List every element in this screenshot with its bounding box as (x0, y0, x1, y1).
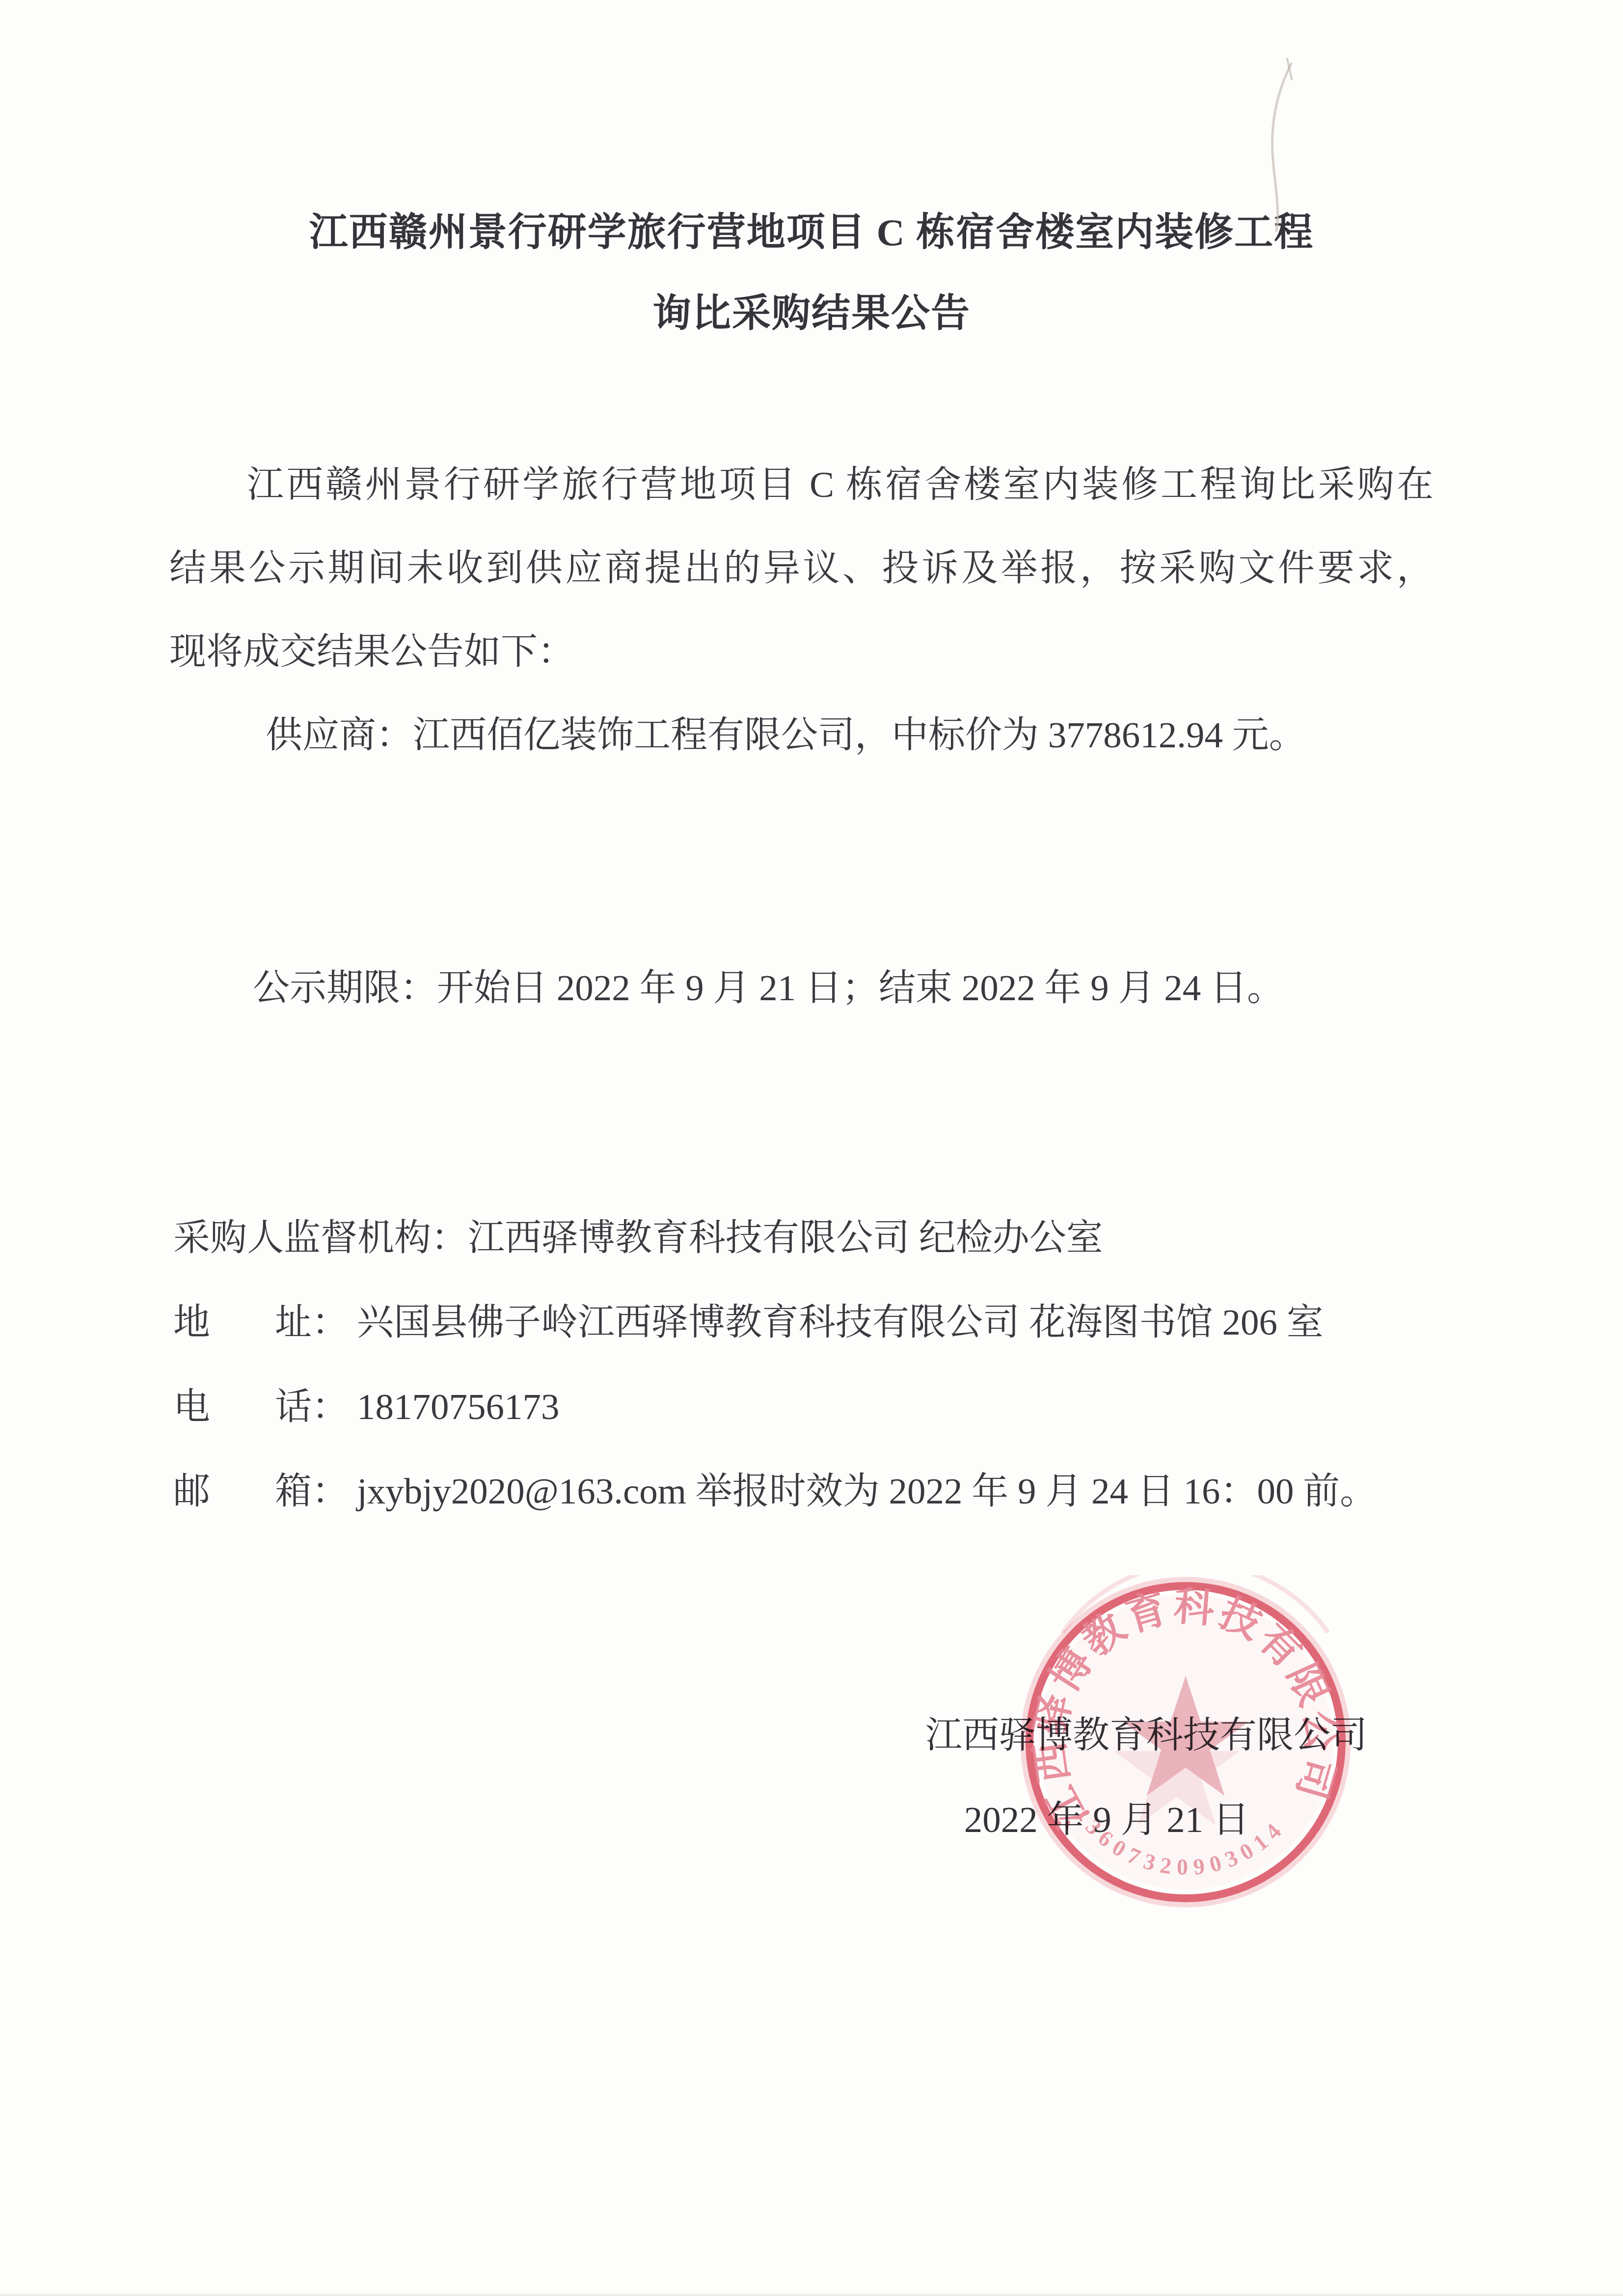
address-label-char1: 地 (173, 1302, 210, 1343)
phone-label-char1: 电 (173, 1387, 210, 1427)
email-label: 邮箱： (173, 1449, 357, 1534)
paragraph-line-3: 现将成交结果公告如下： (169, 610, 1434, 694)
email-label-char2: 箱： (275, 1471, 349, 1512)
phone-label: 电话： (173, 1365, 357, 1449)
document-title-line2: 询比采购结果公告 (0, 287, 1623, 341)
publicity-period-line: 公示期限：开始日 2022 年 9 月 21 日；结束 2022 年 9 月 2… (169, 947, 1434, 1030)
address-label: 地址： (173, 1281, 357, 1365)
email-value: jxybjy2020@163.com 举报时效为 2022 年 9 月 24 日… (357, 1471, 1377, 1512)
address-value: 兴国县佛子岭江西驿博教育科技有限公司 花海图书馆 206 室 (357, 1302, 1324, 1343)
paragraph-line-1: 江西赣州景行研学旅行营地项目 C 栋宿舍楼室内装修工程询比采购在 (169, 443, 1434, 527)
supervisor-contact-block: 采购人监督机构：江西驿博教育科技有限公司 纪检办公室 地址：兴国县佛子岭江西驿博… (169, 1196, 1434, 1534)
supervisor-line: 采购人监督机构：江西驿博教育科技有限公司 纪检办公室 (173, 1196, 1434, 1281)
address-label-char2: 址： (275, 1302, 349, 1343)
email-label-char1: 邮 (173, 1471, 210, 1512)
scan-bottom-edge (0, 2293, 1623, 2296)
document-page: 江西赣州景行研学旅行营地项目 C 栋宿舍楼室内装修工程 询比采购结果公告 江西赣… (0, 0, 1623, 2296)
pencil-mark-artifact (1203, 44, 1350, 250)
contact-row-address: 地址：兴国县佛子岭江西驿博教育科技有限公司 花海图书馆 206 室 (173, 1281, 1434, 1365)
announcement-paragraph: 江西赣州景行研学旅行营地项目 C 栋宿舍楼室内装修工程询比采购在 结果公示期间未… (169, 443, 1434, 777)
official-seal: 江西驿博教育科技有限公司 3607320903014 (1019, 1575, 1352, 1909)
contact-row-phone: 电话：18170756173 (173, 1365, 1434, 1449)
document-title-line1: 江西赣州景行研学旅行营地项目 C 栋宿舍楼室内装修工程 (0, 206, 1623, 260)
supplier-result-line: 供应商：江西佰亿装饰工程有限公司，中标价为 3778612.94 元。 (169, 694, 1434, 777)
paragraph-line-2: 结果公示期间未收到供应商提出的异议、投诉及举报，按采购文件要求， (169, 527, 1434, 610)
phone-value: 18170756173 (357, 1387, 560, 1427)
contact-row-email: 邮箱：jxybjy2020@163.com 举报时效为 2022 年 9 月 2… (173, 1449, 1434, 1534)
phone-label-char2: 话： (275, 1387, 349, 1427)
